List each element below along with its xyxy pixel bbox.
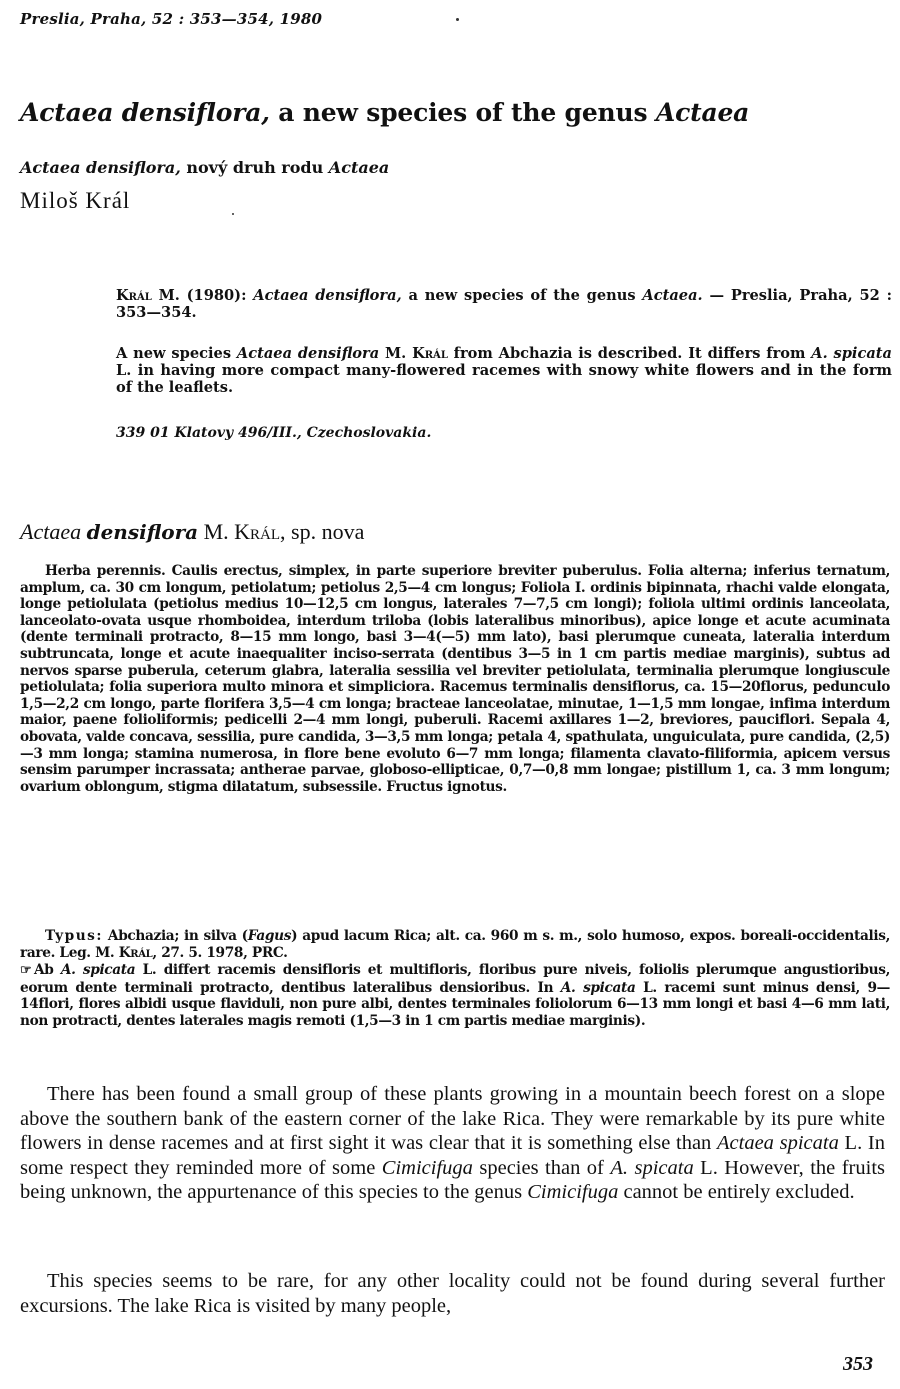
summary-text: M. [379, 345, 412, 362]
scan-speck [456, 18, 459, 21]
citation-genus: Actaea. [642, 287, 702, 304]
citation-author: Král [116, 287, 152, 304]
subtitle-species-name: Actaea densiflora, [20, 158, 181, 177]
summary-text: from Abchazia is described. It differs f… [448, 345, 811, 362]
summary-text: A new species [116, 345, 237, 362]
typus-paragraph: Typus: Abchazia; in silva (Fagus) apud l… [20, 928, 890, 961]
page-number: 353 [843, 1353, 873, 1376]
summary-species: Actaea densiflora [237, 345, 379, 362]
journal-citation-header: Preslia, Praha, 52 : 353—354, 1980 [20, 10, 322, 28]
body-genus: Cimicifuga [527, 1181, 618, 1203]
author-address: 339 01 Klatovy 496/III., Czechoslovakia. [116, 425, 431, 441]
summary-compared-species: A. spicata [811, 345, 892, 362]
typus-section: Typus: Abchazia; in silva (Fagus) apud l… [20, 928, 890, 961]
differentia-species: A. spicata [561, 980, 636, 996]
article-subtitle-czech: Actaea densiflora, nový druh rodu Actaea [20, 158, 389, 177]
body-species: A. spicata [610, 1157, 693, 1179]
species-author-prefix: M. [198, 519, 234, 544]
abstract-summary: A new species Actaea densiflora M. Král … [116, 345, 892, 396]
differentia-section: ☞Ab A. spicata L. differt racemis densif… [20, 962, 890, 1029]
abstract-citation: Král M. (1980): Actaea densiflora, a new… [116, 287, 892, 321]
citation-text: a new species of the genus [402, 287, 643, 304]
species-status: , sp. nova [280, 519, 364, 544]
species-epithet: densiflora [87, 520, 198, 544]
body-text: cannot be entirely excluded. [618, 1181, 854, 1203]
scan-speck [232, 213, 234, 215]
typus-text: , 27. 5. 1978, PRC. [152, 945, 287, 961]
pointing-hand-icon: ☞ [20, 963, 34, 980]
title-text: a new species of the genus [270, 98, 656, 127]
title-species-name: Actaea densiflora, [20, 98, 270, 127]
english-discussion-continued: This species seems to be rare, for any o… [20, 1269, 885, 1318]
typus-genus: Fagus [248, 928, 291, 944]
diagnosis-paragraph: Herba perennis. Caulis erectus, simplex,… [20, 563, 890, 795]
citation-text: M. (1980): [152, 287, 253, 304]
latin-diagnosis: Herba perennis. Caulis erectus, simplex,… [20, 563, 890, 795]
typus-text: Abchazia; in silva ( [103, 928, 248, 944]
summary-author: Král [412, 345, 448, 362]
subtitle-genus-name: Actaea [329, 158, 389, 177]
typus-label: Typus: [45, 928, 103, 944]
body-genus: Cimicifuga [382, 1157, 473, 1179]
differentia-paragraph: ☞Ab A. spicata L. differt racemis densif… [20, 962, 890, 1029]
species-author: Král [234, 519, 280, 544]
citation-species: Actaea densiflora, [253, 287, 401, 304]
english-discussion: There has been found a small group of th… [20, 1082, 885, 1205]
species-heading: Actaea densiflora M. Král, sp. nova [20, 519, 364, 545]
author-name: Miloš Král [20, 188, 130, 214]
article-title: Actaea densiflora, a new species of the … [20, 98, 749, 127]
summary-text: L. in having more compact many-flowered … [116, 362, 892, 396]
species-genus: Actaea [20, 519, 87, 544]
discussion-paragraph-2: This species seems to be rare, for any o… [20, 1269, 885, 1318]
title-genus-name: Actaea [656, 98, 749, 127]
differentia-species: A. spicata [61, 962, 135, 978]
body-text: species than of [473, 1157, 610, 1179]
body-species: Actaea spicata [717, 1132, 839, 1154]
discussion-paragraph-1: There has been found a small group of th… [20, 1082, 885, 1205]
subtitle-text: nový druh rodu [181, 158, 329, 177]
typus-collector: Král [119, 945, 153, 961]
differentia-text: Ab [34, 962, 61, 978]
